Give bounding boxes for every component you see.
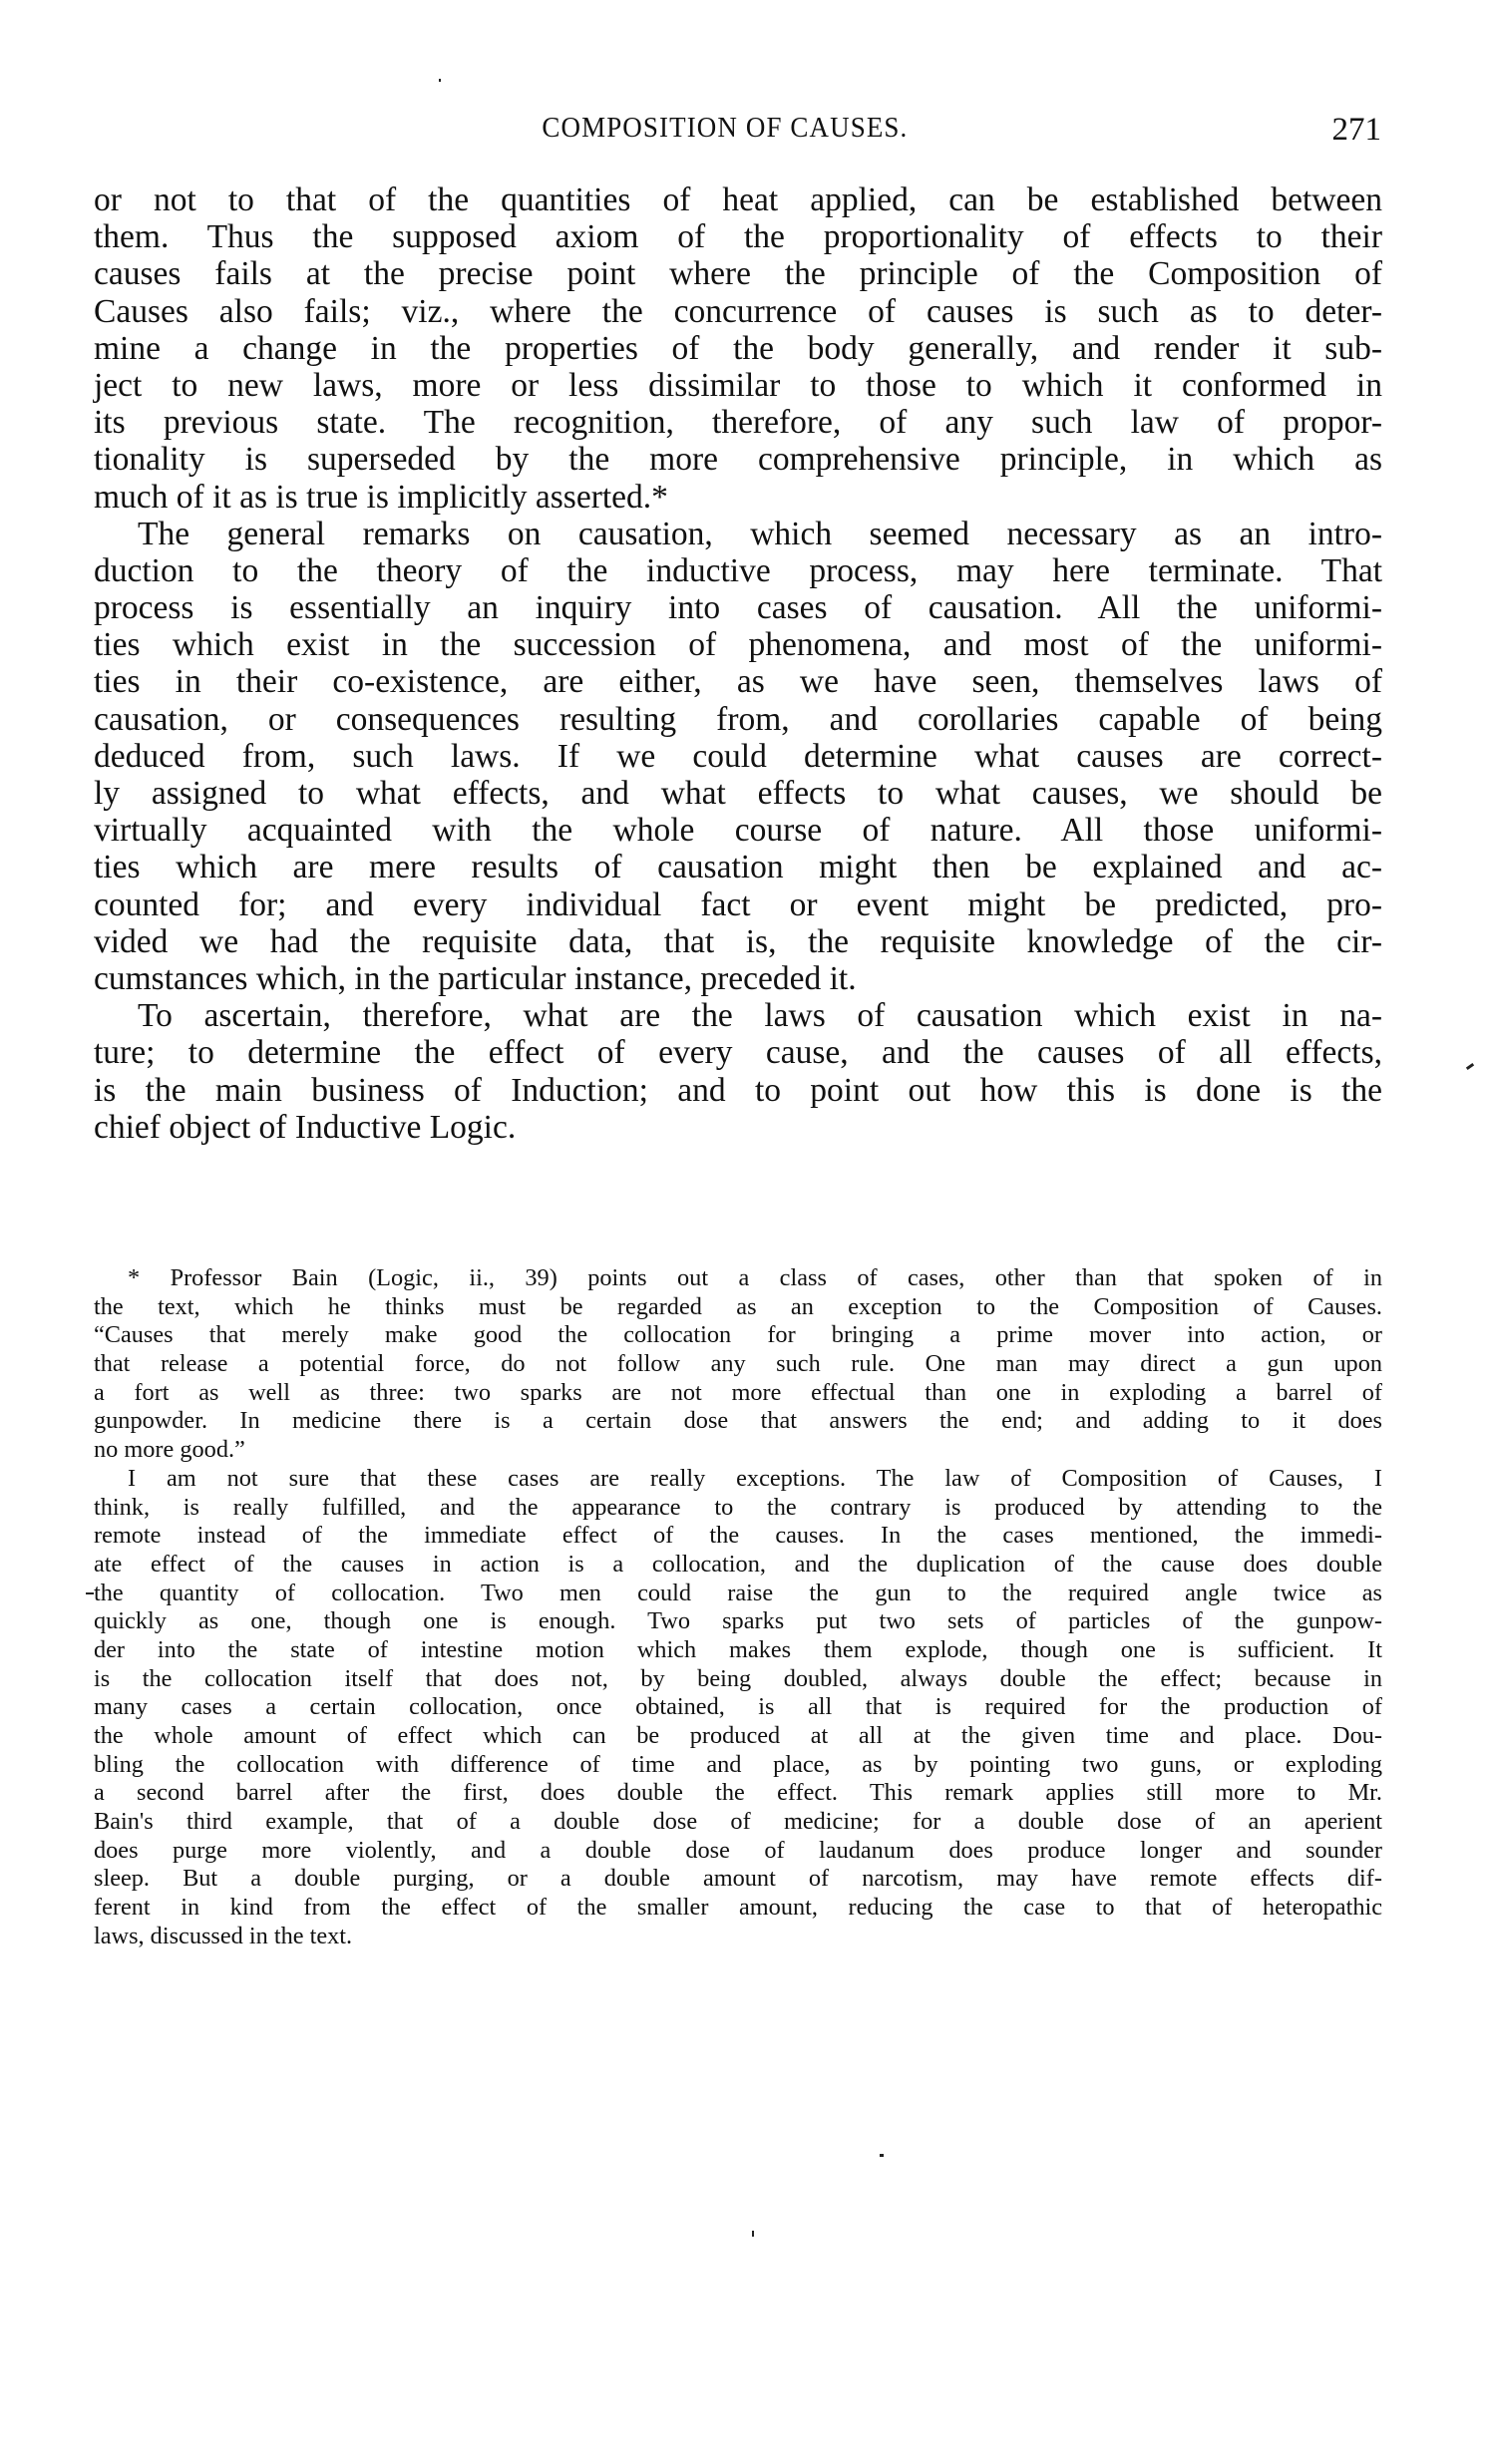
body-paragraph-3: To ascertain, therefore, what are the la… (94, 997, 1382, 1146)
body-line: mine a change in the properties of the b… (94, 330, 1382, 367)
footnote-line: does purge more violently, and a double … (94, 1837, 1382, 1866)
footnote-line: no more good.” (94, 1436, 1382, 1465)
footnote-line: bling the collocation with difference of… (94, 1751, 1382, 1780)
body-line: is the main business of Induction; and t… (94, 1072, 1382, 1109)
page-number: 271 (1332, 110, 1382, 150)
footnote-line: the quantity of collocation. Two men cou… (94, 1580, 1382, 1608)
body-line: causes fails at the precise point where … (94, 255, 1382, 292)
body-line: cumstances which, in the particular inst… (94, 960, 1382, 997)
book-page: COMPOSITION OF CAUSES. 271 or not to tha… (0, 0, 1490, 2464)
footnote-line: gunpowder. In medicine there is a certai… (94, 1407, 1382, 1436)
body-line: ture; to determine the effect of every c… (94, 1034, 1382, 1071)
body-line: counted for; and every individual fact o… (94, 886, 1382, 923)
body-paragraph-2: The general remarks on causation, which … (94, 516, 1382, 997)
body-line: its previous state. The recognition, the… (94, 404, 1382, 441)
body-line: vided we had the requisite data, that is… (94, 923, 1382, 960)
footnote-paragraph-1: * Professor Bain (Logic, ii., 39) points… (94, 1264, 1382, 1465)
footnote-line: ate effect of the causes in action is a … (94, 1551, 1382, 1580)
running-title: COMPOSITION OF CAUSES. (512, 108, 938, 148)
footnote-line: I am not sure that these cases are reall… (94, 1465, 1382, 1494)
body-line: or not to that of the quantities of heat… (94, 181, 1382, 218)
scan-speck (752, 2231, 754, 2237)
body-line: The general remarks on causation, which … (94, 516, 1382, 552)
footnote: * Professor Bain (Logic, ii., 39) points… (94, 1264, 1382, 1951)
footnote-line: “Causes that merely make good the colloc… (94, 1321, 1382, 1350)
footnote-paragraph-2: I am not sure that these cases are reall… (94, 1465, 1382, 1951)
footnote-line: think, is really fulfilled, and the appe… (94, 1494, 1382, 1523)
running-head: COMPOSITION OF CAUSES. 271 (0, 108, 1490, 148)
body-line: deduced from, such laws. If we could det… (94, 738, 1382, 775)
scan-speck (86, 1592, 94, 1594)
footnote-line: that release a potential force, do not f… (94, 1350, 1382, 1379)
footnote-line: many cases a certain collocation, once o… (94, 1693, 1382, 1722)
footnote-line: * Professor Bain (Logic, ii., 39) points… (94, 1264, 1382, 1293)
footnote-line: laws, discussed in the text. (94, 1923, 1382, 1951)
scan-speck (880, 2154, 884, 2157)
footnote-line: sleep. But a double purging, or a double… (94, 1865, 1382, 1894)
body-line: virtually acquainted with the whole cour… (94, 812, 1382, 849)
footnote-line: the text, which he thinks must be regard… (94, 1293, 1382, 1322)
body-line: ties which exist in the succession of ph… (94, 626, 1382, 663)
body-line: chief object of Inductive Logic. (94, 1109, 1382, 1146)
body-line: Causes also fails; viz., where the concu… (94, 293, 1382, 330)
body-line-footnote-ref: much of it as is true is implicitly asse… (94, 479, 1382, 516)
body-text: or not to that of the quantities of heat… (94, 181, 1382, 1146)
body-paragraph-1: or not to that of the quantities of heat… (94, 181, 1382, 516)
body-line: To ascertain, therefore, what are the la… (94, 997, 1382, 1034)
body-line: them. Thus the supposed axiom of the pro… (94, 218, 1382, 255)
scan-speck (439, 79, 441, 82)
footnote-line: a second barrel after the first, does do… (94, 1779, 1382, 1808)
body-line: ties in their co-existence, are either, … (94, 663, 1382, 700)
scan-speck (1466, 1063, 1474, 1070)
footnote-line: a fort as well as three: two sparks are … (94, 1379, 1382, 1408)
footnote-line: is the collocation itself that does not,… (94, 1665, 1382, 1694)
body-line: causation, or consequences resulting fro… (94, 701, 1382, 738)
body-line: process is essentially an inquiry into c… (94, 589, 1382, 626)
footnote-line: quickly as one, though one is enough. Tw… (94, 1607, 1382, 1636)
footnote-line: ferent in kind from the effect of the sm… (94, 1894, 1382, 1923)
body-line: duction to the theory of the inductive p… (94, 552, 1382, 589)
footnote-line: Bain's third example, that of a double d… (94, 1808, 1382, 1837)
body-line: ties which are mere results of causation… (94, 849, 1382, 885)
body-line: ly assigned to what effects, and what ef… (94, 775, 1382, 812)
footnote-line: the whole amount of effect which can be … (94, 1722, 1382, 1751)
footnote-line: remote instead of the immediate effect o… (94, 1522, 1382, 1551)
body-line: tionality is superseded by the more comp… (94, 441, 1382, 478)
footnote-line: der into the state of intestine motion w… (94, 1636, 1382, 1665)
body-line: ject to new laws, more or less dissimila… (94, 367, 1382, 404)
